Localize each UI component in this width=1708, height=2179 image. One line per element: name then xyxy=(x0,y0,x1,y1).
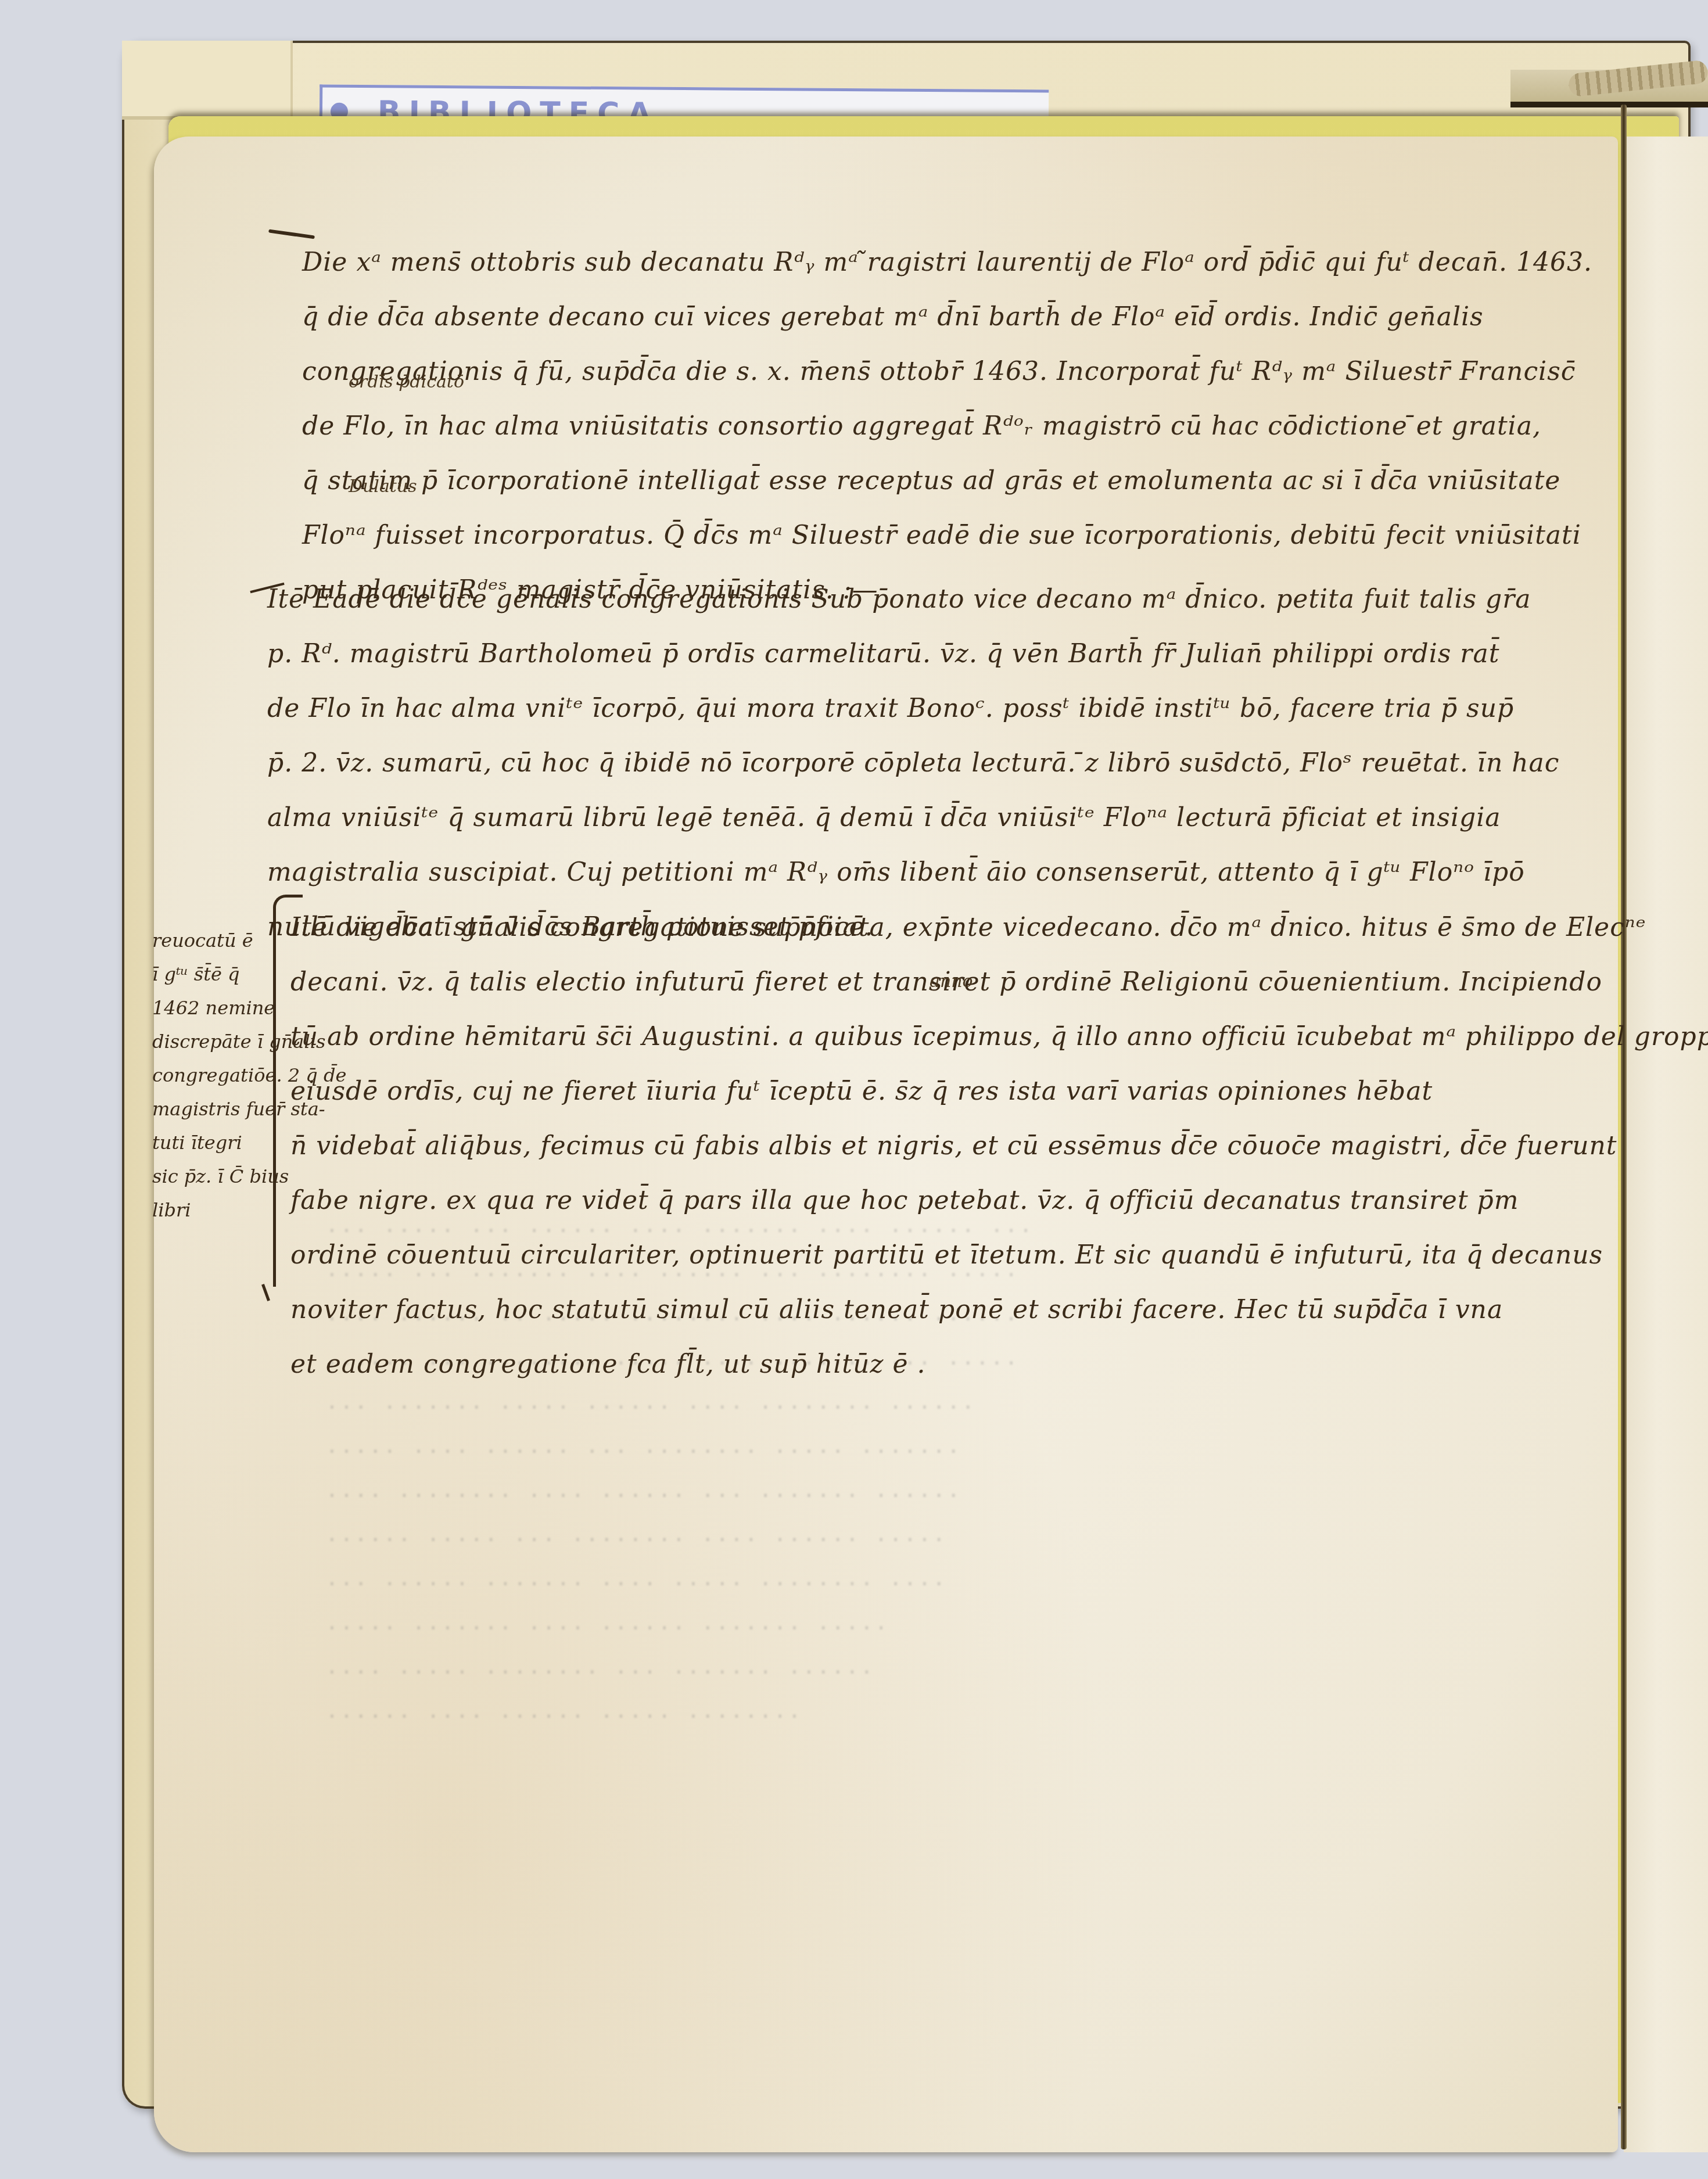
ghost-line: ······ ····· ··· ········ ···· ······ ··… xyxy=(325,1517,1429,1561)
cover-flap xyxy=(122,41,293,120)
ghost-line: ··· ······ ······· ···· ····· ········ ·… xyxy=(325,1561,1429,1606)
text-line: p̄. 2. v̄z. sumarū, cū hoc q̄ ibidē n… xyxy=(267,736,1458,791)
ghost-line: ···· ····· ········ ··· ······· ······ xyxy=(325,1650,1429,1694)
margin-line: magistris fuer̄ sta- xyxy=(152,1092,286,1126)
next-leaf xyxy=(1624,137,1708,2152)
text-line: n̄ videbat̄ aliq̄bus, fecimus cū fabis … xyxy=(290,1119,1464,1173)
text-line: eiusdē ordīs, cuj ne fieret īiuria fu… xyxy=(290,1064,1464,1119)
entry-3: Itē die d̄c̄a ī gn̄alis congregatione … xyxy=(290,900,1464,1392)
text-line: noviter factus, hoc statutū simul cū a… xyxy=(290,1283,1464,1337)
entry-1: Die xᵃ mens̄ ottobris sub decanatu Rᵈᵧ m… xyxy=(302,235,1452,618)
text-line: Floⁿᵃ fuisset incorporatus. Q̄ d̄c̄s mᵃ … xyxy=(302,508,1452,563)
margin-line: tuti ītegri xyxy=(152,1126,286,1159)
text-line: congregationis q̄ fū, sup̄d̄c̄a die s. … xyxy=(302,344,1452,399)
interlinear-insertion: ordīs p̄dicatō xyxy=(349,372,464,392)
entry-2: Itē Eadē die d̄c̄e gēnalis congregati… xyxy=(267,572,1458,954)
ghost-line: ····· ······· ···· ······ ······· ····· xyxy=(325,1606,1429,1650)
interlinear-insertion: anno xyxy=(930,971,973,992)
ghost-line: ···· ········ ···· ······ ··· ······· ··… xyxy=(325,1473,1429,1517)
text-line: de Flo, īn hac alma vniūsitatis consor… xyxy=(302,399,1452,454)
binding-seam xyxy=(1621,105,1627,2149)
text-line: Die xᵃ mens̄ ottobris sub decanatu Rᵈᵧ m… xyxy=(302,235,1452,290)
margin-line: 1462 nemine xyxy=(152,991,286,1025)
margin-line: congregatiōe. 2 q̄ d̄e xyxy=(152,1058,286,1092)
text-line: q̄ die d̄c̄a absente decano cuī vices g… xyxy=(302,290,1452,344)
margin-line: ī gᵗᵘ s̄t̄ē q̄ xyxy=(152,957,286,991)
text-line: et eadem congregatione fca fl̄t, ut sup̄… xyxy=(290,1337,1464,1392)
text-line: magistralia suscipiat. Cuj petitioni mᵃ … xyxy=(267,845,1458,900)
margin-line: reuocatū ē xyxy=(152,924,286,957)
ghost-line: ······ ···· ······ ····· ········ xyxy=(325,1694,1429,1738)
text-line: decani. v̄z. q̄ talis electio infuturū … xyxy=(290,955,1464,1010)
text-line: p. Rᵈ. magistrū Bartholomeū p̄ ordīs … xyxy=(267,627,1458,681)
ghost-line: ····· ···· ······ ··· ········ ····· ···… xyxy=(325,1429,1429,1473)
margin-note: reuocatū ē ī gᵗᵘ s̄t̄ē q̄ 1462 nemin… xyxy=(152,924,286,1227)
interlinear-correction: Dulatus xyxy=(349,476,417,497)
margin-line: sic p̄z. ī C̄ bius xyxy=(152,1159,286,1193)
text-line: Itē Eadē die d̄c̄e gēnalis congregati… xyxy=(267,572,1458,627)
text-line: alma vniūsiᵗᵉ q̄ sumarū librū legē t… xyxy=(267,791,1458,845)
text-line: tū ab ordine hēmitarū s̄c̄i Augustini… xyxy=(290,1010,1464,1064)
text-line: ordinē cōuentuū circulariter, optinue… xyxy=(290,1228,1464,1283)
text-line: Itē die d̄c̄a ī gn̄alis congregatione … xyxy=(290,900,1464,955)
text-line: fabe nigre. ex qua re videt̄ q̄ pars ill… xyxy=(290,1173,1464,1228)
text-line: de Flo īn hac alma vniᵗᵉ īcorpō, q̄ui… xyxy=(267,681,1458,736)
margin-line: libri xyxy=(152,1193,286,1227)
text-line: q̄ statim p̄ īcorporationē intelligat̄… xyxy=(302,454,1452,508)
margin-line: discrepāte ī gn̄alis xyxy=(152,1025,286,1058)
